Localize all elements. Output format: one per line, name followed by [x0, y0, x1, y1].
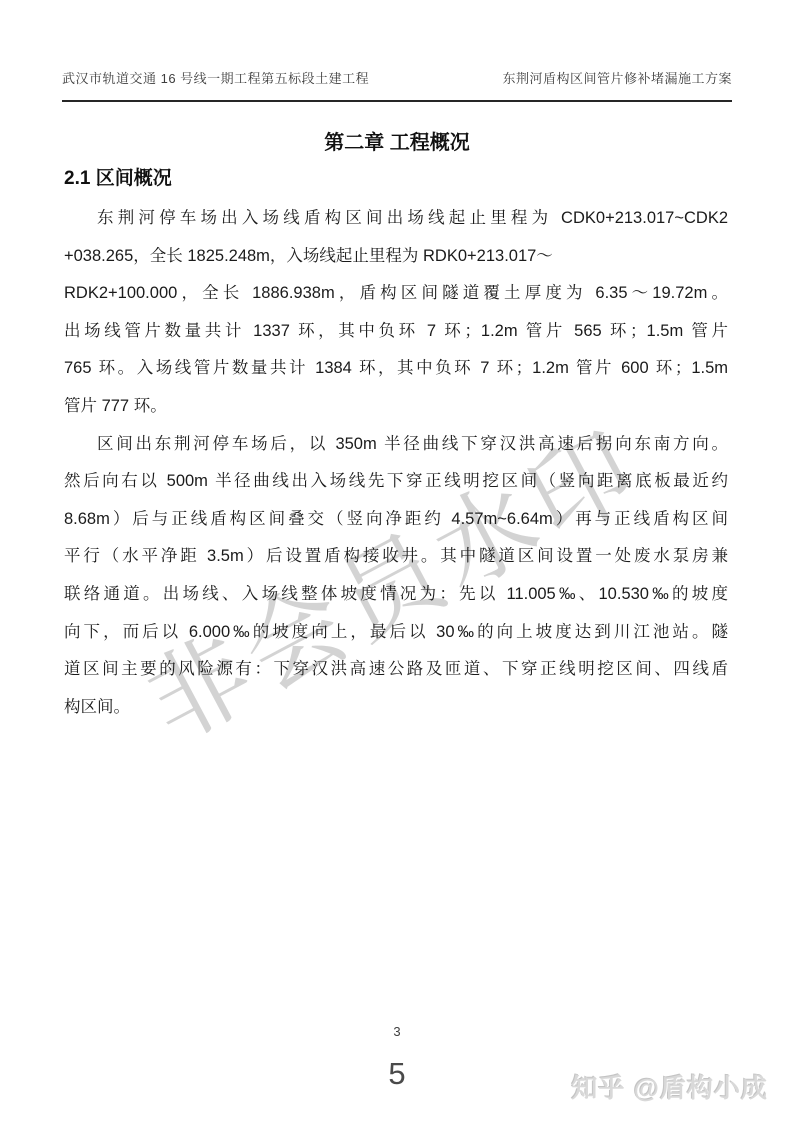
body-line: 8.68m）后与正线盾构区间叠交（竖向净距约 4.57m~6.64m）再与正线盾… — [64, 501, 728, 539]
body-text: 东荆河停车场出入场线盾构区间出场线起止里程为 CDK0+213.017~CDK2… — [64, 200, 728, 726]
document-page: 武汉市轨道交通 16 号线一期工程第五标段土建工程 东荆河盾构区间管片修补堵漏施… — [0, 0, 794, 1122]
header-left-title: 武汉市轨道交通 16 号线一期工程第五标段土建工程 — [62, 68, 369, 87]
body-line: 出场线管片数量共计 1337 环，其中负环 7 环；1.2m 管片 565 环；… — [64, 313, 728, 351]
header-divider — [62, 100, 732, 102]
body-line: RDK2+100.000，全长 1886.938m，盾构区间隧道覆土厚度为 6.… — [64, 275, 728, 313]
body-line: 联络通道。出场线、入场线整体坡度情况为：先以 11.005‰、10.530‰的坡… — [64, 576, 728, 614]
chapter-title: 第二章 工程概况 — [0, 126, 794, 155]
zhihu-watermark: 知乎 @盾构小成 — [571, 1068, 768, 1105]
body-line: 东荆河停车场出入场线盾构区间出场线起止里程为 CDK0+213.017~CDK2 — [64, 200, 728, 238]
header-right-title: 东荆河盾构区间管片修补堵漏施工方案 — [502, 68, 732, 87]
body-line: 管片 777 环。 — [64, 388, 728, 426]
document-page-number: 3 — [0, 1024, 794, 1039]
section-heading: 2.1 区间概况 — [64, 163, 172, 190]
body-line: 765 环。入场线管片数量共计 1384 环，其中负环 7 环；1.2m 管片 … — [64, 350, 728, 388]
body-line: 向下，而后以 6.000‰的坡度向上，最后以 30‰的向上坡度达到川江池站。隧 — [64, 614, 728, 652]
body-line: 然后向右以 500m 半径曲线出入场线先下穿正线明挖区间（竖向距离底板最近约 — [64, 463, 728, 501]
body-line: 构区间。 — [64, 689, 728, 727]
body-line: 平行（水平净距 3.5m）后设置盾构接收井。其中隧道区间设置一处废水泵房兼 — [64, 538, 728, 576]
body-line: +038.265，全长 1825.248m，入场线起止里程为 RDK0+213.… — [64, 238, 728, 276]
body-line: 区间出东荆河停车场后，以 350m 半径曲线下穿汉洪高速后拐向东南方向。 — [64, 426, 728, 464]
page-header: 武汉市轨道交通 16 号线一期工程第五标段土建工程 东荆河盾构区间管片修补堵漏施… — [62, 68, 732, 87]
body-line: 道区间主要的风险源有：下穿汉洪高速公路及匝道、下穿正线明挖区间、四线盾 — [64, 651, 728, 689]
